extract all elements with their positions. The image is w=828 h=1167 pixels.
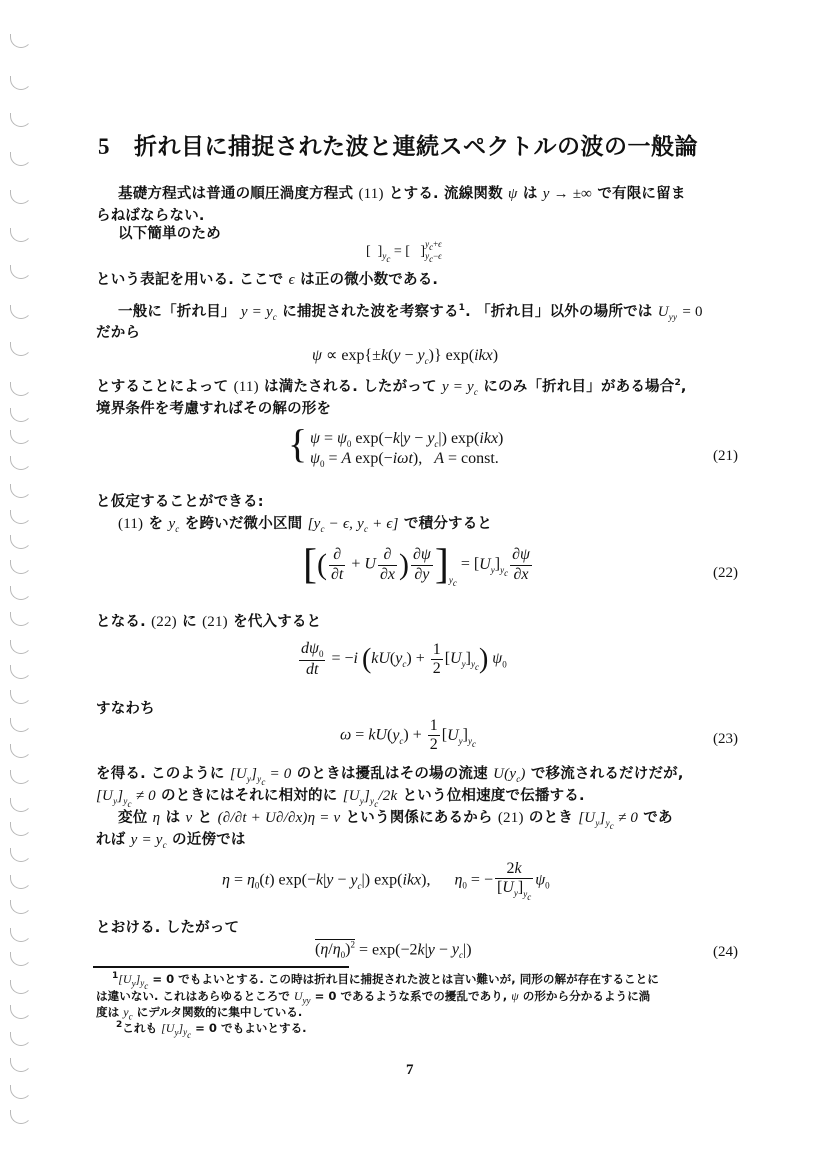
text: で移流されるだけだが,: [531, 766, 684, 782]
text: を代入すると: [233, 614, 321, 630]
text: で有限に留ま: [597, 186, 685, 202]
math-inline: yc: [168, 516, 179, 532]
text: とする. 流線関数: [389, 186, 503, 202]
equation-ref: (21): [202, 614, 228, 630]
math-inline: = 0: [682, 304, 702, 320]
text: となる.: [96, 614, 146, 630]
equation-ref: (11): [118, 516, 143, 532]
math-inline: U(yc): [493, 766, 526, 782]
text: の形から分かるように渦: [523, 989, 651, 1003]
math-inline: [Uy]yc/2k: [343, 788, 398, 804]
text: れば: [96, 832, 125, 848]
equation-number: (22): [713, 565, 738, 582]
text: という表記を用いる. ここで: [96, 272, 283, 288]
text: のとき: [529, 810, 573, 826]
paragraph-line: すなわち: [96, 697, 155, 718]
paragraph-line: と仮定することができる:: [96, 490, 264, 511]
math-inline: ψ: [508, 186, 518, 202]
text: 一般に「折れ目」: [118, 304, 236, 320]
equation-number: (21): [713, 448, 738, 465]
math-inline: ψ: [511, 989, 518, 1003]
text: 基礎方程式は普通の順圧渦度方程式: [118, 186, 353, 202]
math-inline: [Uy]yc ≠ 0: [96, 788, 156, 804]
paragraph-line: とすることによって (11) は満たされる. したがって y = yc にのみ「…: [96, 375, 687, 397]
footnote-rule: [93, 966, 349, 968]
paragraph-line: 基礎方程式は普通の順圧渦度方程式 (11) とする. 流線関数 ψ は y → …: [118, 182, 686, 203]
equation-ref: (11): [358, 186, 383, 202]
document-page: 5折れ目に捕捉された波と連続スペクトルの波の一般論 基礎方程式は普通の順圧渦度方…: [0, 0, 828, 1167]
text: = 0 でもよいとする. この時は折れ目に捕捉された波とは言い難いが, 同形の解…: [152, 972, 659, 986]
text: は違いない. これはあらゆるところで: [96, 989, 290, 1003]
math-inline: (∂/∂t + U∂/∂x)η = v: [218, 810, 341, 826]
math-inline: η: [153, 810, 161, 826]
text: に捕捉された波を考察する: [282, 304, 458, 320]
math-inline: [Uy]yc = 0: [230, 766, 292, 782]
text: のときは擾乱はその場の流速: [297, 766, 488, 782]
section-title: 折れ目に捕捉された波と連続スペクトルの波の一般論: [134, 134, 698, 160]
math-inline: Uyy: [294, 989, 311, 1003]
text: ,: [681, 379, 687, 395]
equation-dpsi-dt: dψ0dt = −i (kU(yc) + 12[Uy]yc) ψ0: [297, 640, 507, 679]
section-number: 5: [98, 134, 110, 159]
text: を: [148, 516, 163, 532]
text: で積分すると: [404, 516, 492, 532]
math-inline: y = yc: [241, 304, 277, 320]
math-inline: v: [186, 810, 193, 826]
equation-24: (η/η0)2 = exp(−2k|y − yc|): [315, 940, 472, 961]
text: は満たされる. したがって: [264, 379, 437, 395]
text: 変位: [118, 810, 147, 826]
math-inline: y → ±∞: [543, 186, 592, 202]
text: 度は: [96, 1005, 119, 1019]
equation-number: (24): [713, 944, 738, 961]
text: = 0 であるような系での擾乱であり,: [315, 989, 508, 1003]
math-inline: [Uy]yc: [161, 1021, 191, 1035]
math-inline: [Uy]yc ≠ 0: [578, 810, 638, 826]
math-inline: Uyy: [658, 304, 677, 320]
text: のときにはそれに相対的に: [161, 788, 337, 804]
text: にデルタ関数的に集中している.: [137, 1005, 303, 1019]
text: の近傍では: [172, 832, 246, 848]
footnote-1-line-3: 度は yc にデルタ関数的に集中している.: [96, 1004, 302, 1021]
paragraph-line: とおける. したがって: [96, 916, 239, 937]
section-heading: 5折れ目に捕捉された波と連続スペクトルの波の一般論: [98, 128, 698, 161]
equation-number: (23): [713, 731, 738, 748]
equation-23: ω = kU(yc) + 12[Uy]yc: [340, 717, 476, 755]
paragraph-line: (11) を yc を跨いだ微小区間 [yc − ϵ, yc + ϵ] で積分す…: [118, 512, 492, 534]
text: を得る. このように: [96, 766, 225, 782]
footnote-2: 2これも [Uy]yc = 0 でもよいとする.: [116, 1020, 307, 1040]
text: という関係にあるから: [346, 810, 493, 826]
text: であ: [643, 810, 672, 826]
math-inline: [Uy]yc: [118, 972, 148, 986]
paragraph-line: だから: [96, 321, 140, 342]
text: = 0 でもよいとする.: [195, 1021, 306, 1035]
equation-notation: [ ]yc = [ ]yc+ϵyc−ϵ: [366, 240, 442, 264]
text: は: [166, 810, 181, 826]
text: は: [523, 186, 538, 202]
math-inline: [yc − ϵ, yc + ϵ]: [308, 516, 399, 532]
text: は正の微小数である.: [300, 272, 438, 288]
text: これも: [122, 1021, 157, 1035]
paragraph-line: 一般に「折れ目」 y = yc に捕捉された波を考察する1. 「折れ目」以外の場…: [118, 300, 703, 322]
text: という位相速度で伝播する.: [403, 788, 585, 804]
text: . 「折れ目」以外の場所では: [465, 304, 652, 320]
footnote-1-line-2: は違いない. これはあらゆるところで Uyy = 0 であるような系での擾乱であ…: [96, 988, 650, 1005]
equation-ref: (22): [151, 614, 177, 630]
paragraph-line: 境界条件を考慮すればその解の形を: [96, 397, 331, 418]
text: とすることによって: [96, 379, 228, 395]
text: に: [182, 614, 197, 630]
math-inline: ϵ: [289, 272, 295, 288]
math-inline: y = yc: [442, 379, 478, 395]
paragraph-line: 以下簡単のため: [118, 222, 221, 243]
text: と: [198, 810, 213, 826]
text: にのみ「折れ目」がある場合: [483, 379, 674, 395]
math-inline: yc: [123, 1005, 132, 1019]
math-inline: y = yc: [131, 832, 167, 848]
equation-eta: η = η0(t) exp(−k|y − yc|) exp(ikx), η0 =…: [222, 860, 550, 902]
paragraph-line: となる. (22) に (21) を代入すると: [96, 610, 321, 631]
page-number: 7: [406, 1062, 414, 1079]
equation-proportional: ψ ∝ exp{±k(y − yc)} exp(ikx): [312, 345, 498, 366]
paragraph-line: れば y = yc の近傍では: [96, 828, 246, 850]
equation-ref: (21): [498, 810, 524, 826]
paragraph-line: という表記を用いる. ここで ϵ は正の微小数である.: [96, 268, 438, 289]
equation-ref: (11): [234, 379, 259, 395]
text: を跨いだ微小区間: [185, 516, 303, 532]
equation-22: [(∂∂t + U∂∂x)∂ψ∂y]yc = [Uy]yc∂ψ∂x: [303, 545, 534, 587]
